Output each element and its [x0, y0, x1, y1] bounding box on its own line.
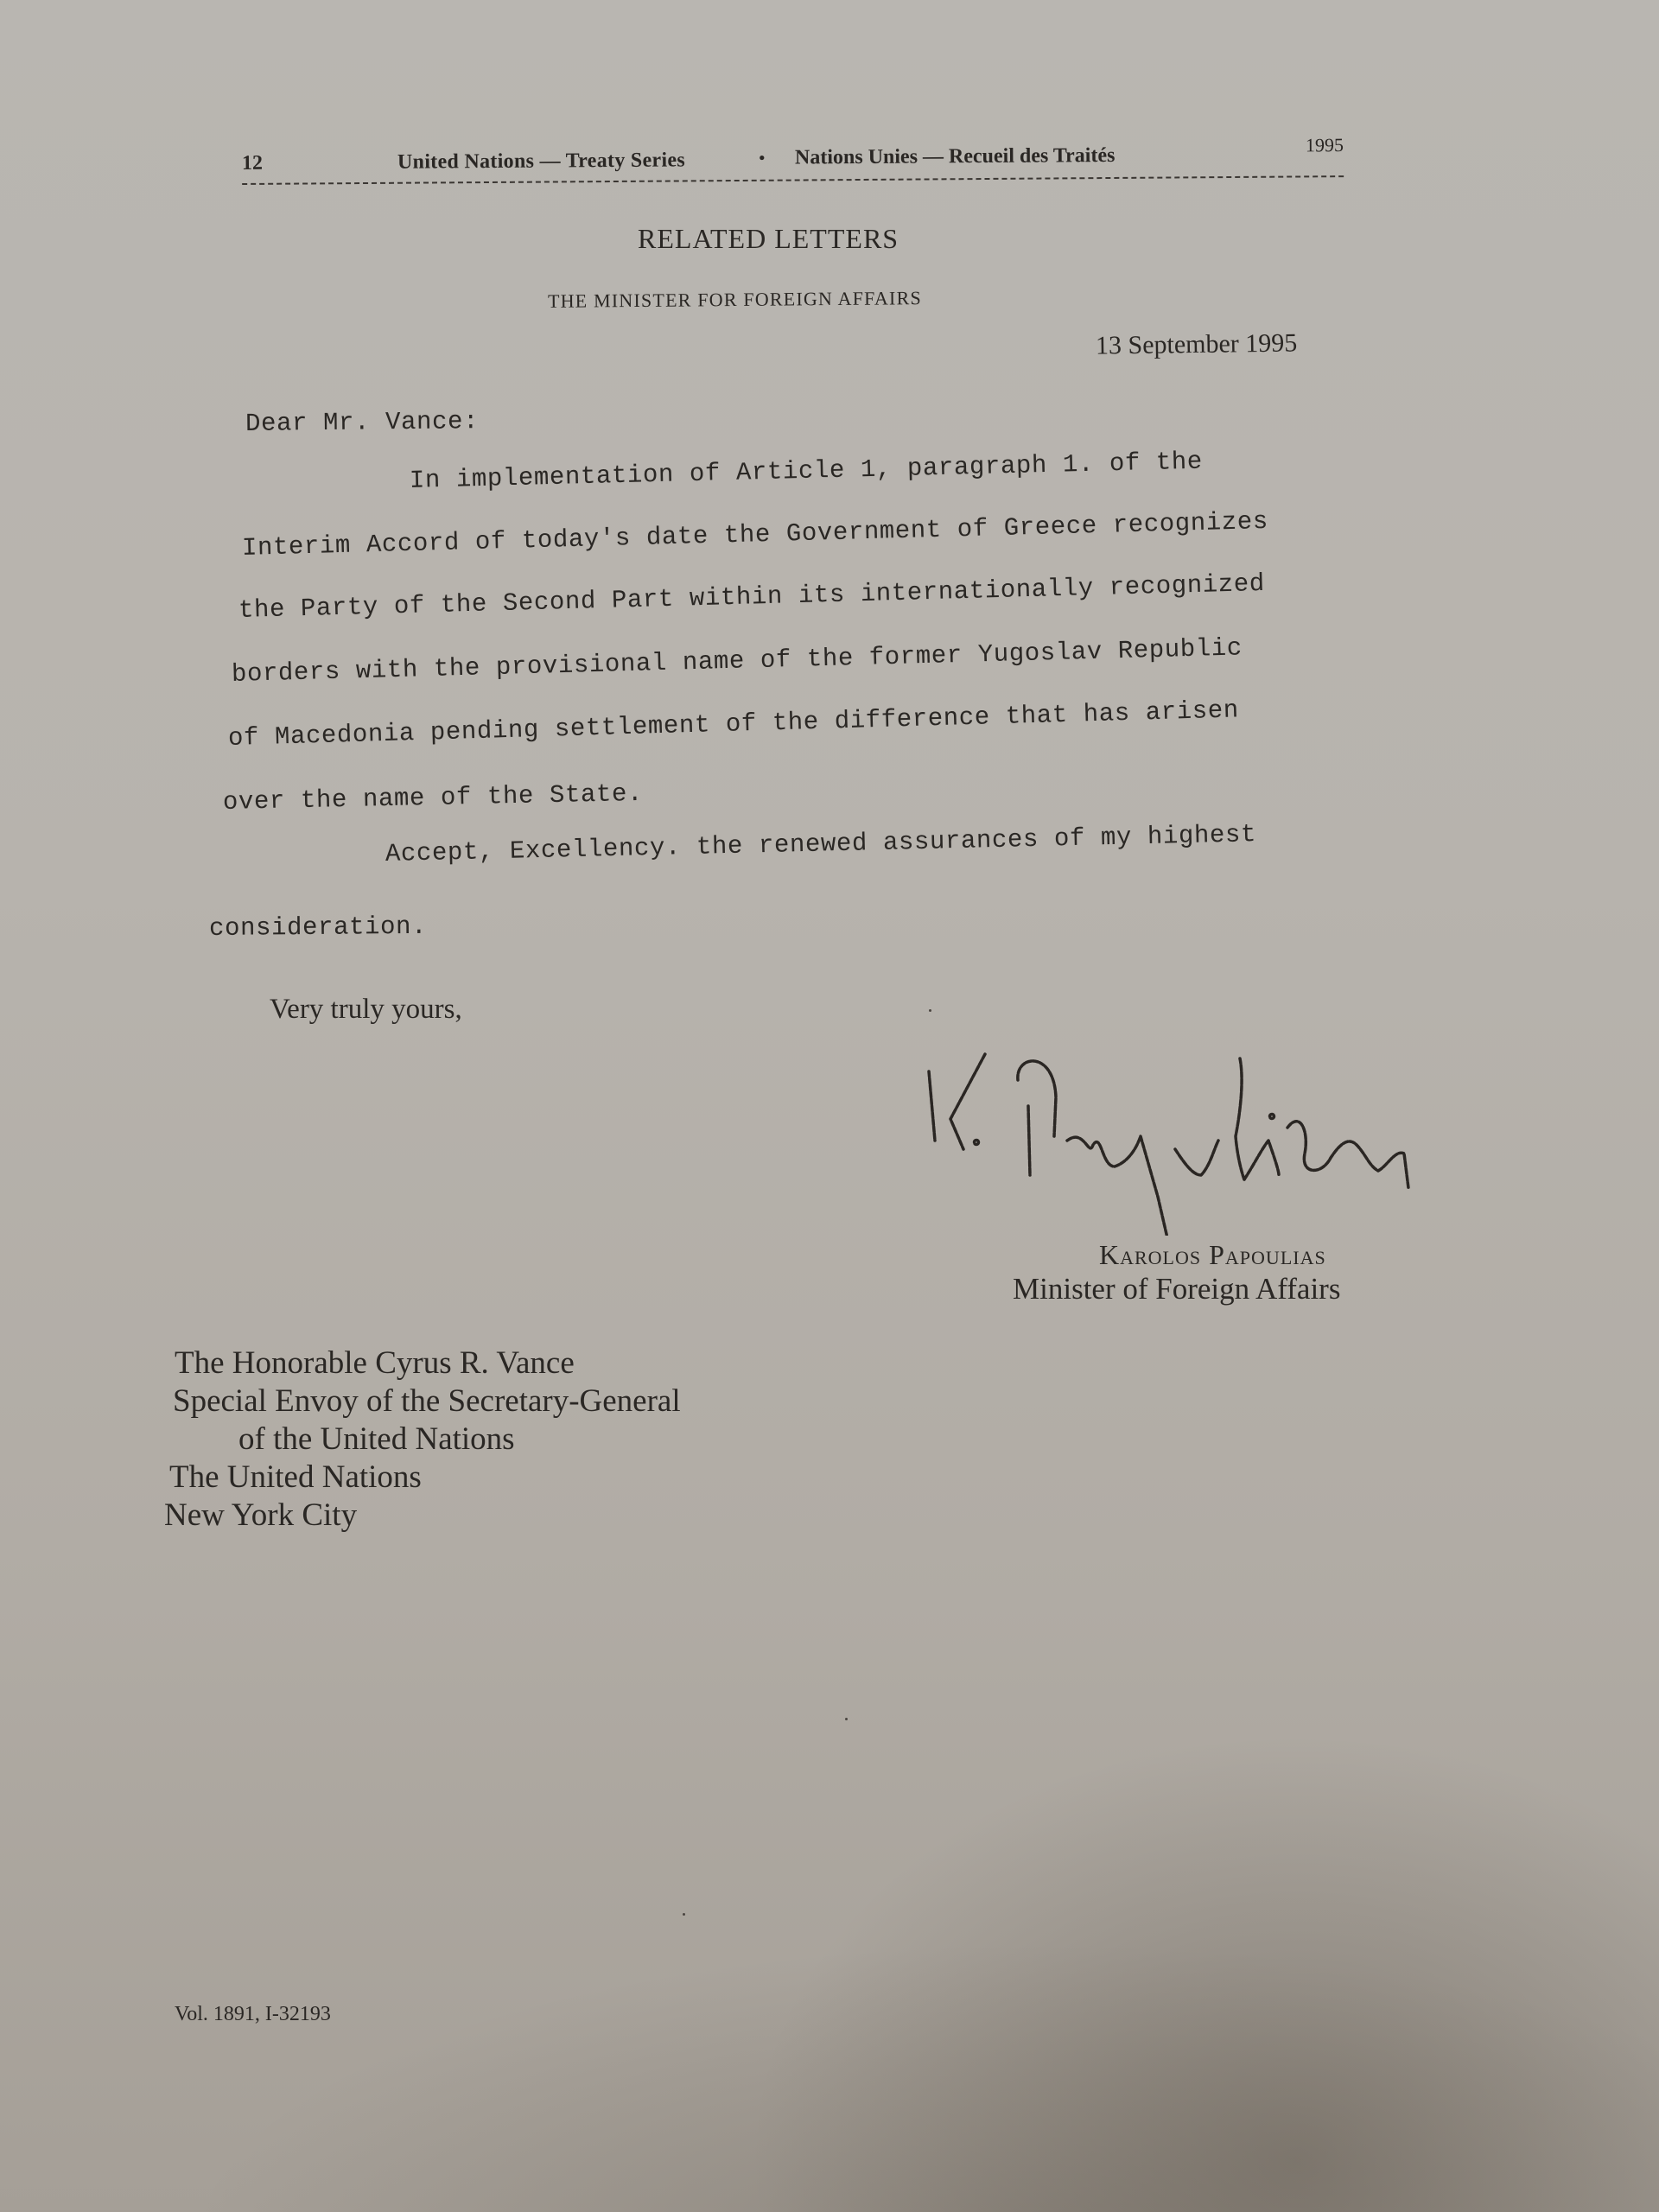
- letter-sender-heading: THE MINISTER FOR FOREIGN AFFAIRS: [548, 287, 922, 313]
- paper-speck: [683, 1913, 685, 1916]
- addressee-line: The Honorable Cyrus R. Vance: [169, 1344, 681, 1382]
- closing: Very truly yours,: [270, 994, 462, 1026]
- section-heading: RELATED LETTERS: [638, 223, 899, 255]
- paper-speck: [929, 1009, 931, 1012]
- document-page: 12 United Nations — Treaty Series • Nati…: [0, 0, 1659, 2212]
- running-header: 12 United Nations — Treaty Series • Nati…: [242, 137, 1344, 180]
- signatory-name: Karolos Papoulias: [1099, 1239, 1326, 1271]
- body-line: Interim Accord of today's date the Gover…: [242, 507, 1269, 563]
- bullet-separator: •: [759, 147, 766, 169]
- handwritten-signature-icon: [916, 1046, 1417, 1236]
- header-year: 1995: [1306, 134, 1344, 156]
- letter-date: 13 September 1995: [1096, 328, 1298, 360]
- paper-speck: [845, 1718, 848, 1720]
- header-rule: [242, 175, 1344, 185]
- signatory-title: Minister of Foreign Affairs: [1013, 1272, 1340, 1306]
- series-title-fr: Nations Unies — Recueil des Traités: [795, 144, 1116, 170]
- body-line: of Macedonia pending settlement of the d…: [228, 696, 1240, 753]
- addressee-line: Special Envoy of the Secretary-General: [169, 1382, 681, 1421]
- volume-reference: Vol. 1891, I-32193: [175, 2003, 331, 2026]
- body-line: over the name of the State.: [223, 779, 644, 817]
- series-title-en: United Nations — Treaty Series: [397, 149, 685, 174]
- addressee-line: The United Nations: [169, 1459, 681, 1497]
- salutation: Dear Mr. Vance:: [245, 407, 479, 438]
- addressee-line: of the United Nations: [169, 1421, 681, 1459]
- body-line: Accept, Excellency. the renewed assuranc…: [385, 820, 1257, 868]
- body-line: consideration.: [209, 912, 427, 943]
- body-line: In implementation of Article 1, paragrap…: [410, 448, 1204, 495]
- body-line: the Party of the Second Part within its …: [238, 569, 1266, 625]
- body-line: borders with the provisional name of the…: [232, 633, 1243, 689]
- addressee-block: The Honorable Cyrus R. Vance Special Env…: [169, 1344, 681, 1535]
- addressee-line: New York City: [164, 1497, 681, 1535]
- page-number: 12: [242, 152, 263, 175]
